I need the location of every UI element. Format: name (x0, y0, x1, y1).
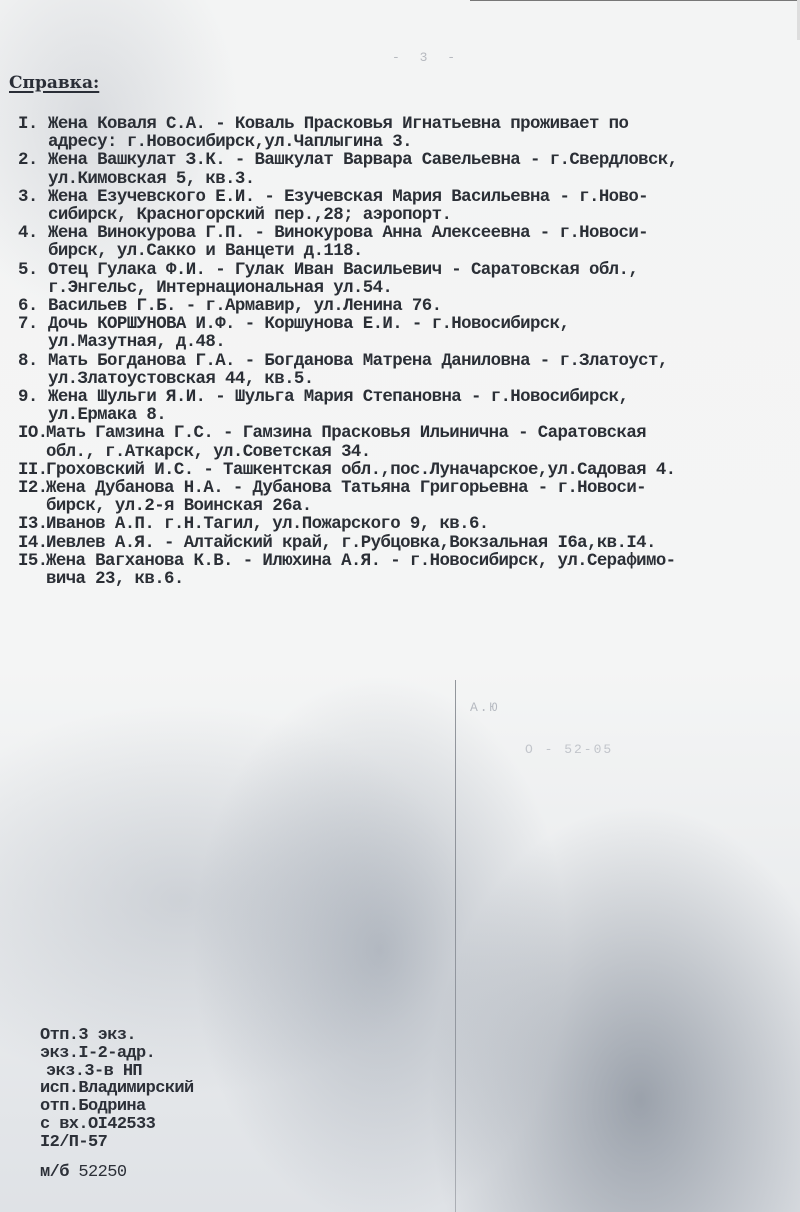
list-item: 9.Жена Шульги Я.И. - Шульга Мария Степан… (18, 389, 798, 425)
item-text-line: ул.Ермака 8. (48, 407, 798, 425)
item-number: 3. (18, 189, 48, 225)
registration-number: м/б 52250 (40, 1164, 194, 1182)
item-text-line: Гроховский И.С. - Ташкентская обл.,пос.Л… (46, 462, 798, 480)
item-text-line: Отец Гулака Ф.И. - Гулак Иван Васильевич… (48, 262, 798, 280)
list-item: I5.Жена Вагханова К.В. - Илюхина А.Я. - … (18, 553, 798, 589)
item-number: I5. (18, 553, 46, 589)
item-text-line: Жена Шульги Я.И. - Шульга Мария Степанов… (48, 389, 798, 407)
document-page: - 3 - Справка: I.Жена Коваля С.А. - Кова… (0, 0, 800, 1212)
document-title: Справка: (9, 73, 99, 93)
footer-line-incoming: с вх.OI42533 (40, 1116, 194, 1134)
list-item: II.Гроховский И.С. - Ташкентская обл.,по… (18, 462, 798, 480)
item-text-line: Мать Гамзина Г.С. - Гамзина Прасковья Ил… (46, 425, 798, 443)
item-text-line: Жена Езучевского Е.И. - Езучевская Мария… (48, 189, 798, 207)
list-item: IO.Мать Гамзина Г.С. - Гамзина Прасковья… (18, 425, 798, 461)
item-number: 2. (18, 152, 48, 188)
item-text-line: ул.Мазутная, д.48. (48, 334, 798, 352)
item-text-line: Дочь КОРШУНОВА И.Ф. - Коршунова Е.И. - г… (48, 316, 798, 334)
footer-line-copies: Отп.3 экз. (40, 1027, 194, 1045)
item-text-line: Иевлев А.Я. - Алтайский край, г.Рубцовка… (46, 535, 798, 553)
registration-value: 52250 (78, 1163, 126, 1182)
item-text-line: ул.Кимовская 5, кв.3. (48, 171, 798, 189)
item-text-line: бирск, ул.Сакко и Ванцети д.118. (48, 243, 798, 261)
item-text-line: ул.Златоустовская 44, кв.5. (48, 371, 798, 389)
item-text-line: г.Энгельс, Интернациональная ул.54. (48, 280, 798, 298)
list-item: 5.Отец Гулака Ф.И. - Гулак Иван Васильев… (18, 262, 798, 298)
item-text-line: Жена Дубанова Н.А. - Дубанова Татьяна Гр… (46, 480, 798, 498)
item-text-line: вича 23, кв.6. (46, 571, 798, 589)
item-number: 5. (18, 262, 48, 298)
page-number: - 3 - (392, 50, 461, 65)
item-text-line: Жена Вагханова К.В. - Илюхина А.Я. - г.Н… (46, 553, 798, 571)
item-text-line: Васильев Г.Б. - г.Армавир, ул.Ленина 76. (48, 298, 798, 316)
item-text-line: Жена Винокурова Г.П. - Винокурова Анна А… (48, 225, 798, 243)
item-text-line: адресу: г.Новосибирск,ул.Чаплыгина 3. (48, 134, 798, 152)
footer-line-typist: отп.Бодрина (40, 1098, 194, 1116)
footer-line-copy-3: экз.3-в НП (40, 1063, 194, 1081)
footer-line-executor: исп.Владимирский (40, 1080, 194, 1098)
item-number: I. (18, 116, 48, 152)
list-item: 3.Жена Езучевского Е.И. - Езучевская Мар… (18, 189, 798, 225)
item-text-line: Жена Вашкулат З.К. - Вашкулат Варвара Са… (48, 152, 798, 170)
item-number: I3. (18, 516, 46, 534)
list-item: 2.Жена Вашкулат З.К. - Вашкулат Варвара … (18, 152, 798, 188)
faint-stamp-number: О - 52-05 (525, 742, 613, 757)
item-number: 7. (18, 316, 48, 352)
item-number: I4. (18, 535, 46, 553)
item-number: II. (18, 462, 46, 480)
list-item: 4.Жена Винокурова Г.П. - Винокурова Анна… (18, 225, 798, 261)
footer-line-date: I2/П-57 (40, 1134, 194, 1152)
dispatch-notes: Отп.3 экз. экз.I-2-адр. экз.3-в НП исп.В… (40, 1027, 194, 1181)
item-number: 6. (18, 298, 48, 316)
list-item: I2.Жена Дубанова Н.А. - Дубанова Татьяна… (18, 480, 798, 516)
page-edge (470, 0, 800, 1)
list-item: I.Жена Коваля С.А. - Коваль Прасковья Иг… (18, 116, 798, 152)
registration-prefix: м/б (40, 1163, 69, 1182)
reference-list: I.Жена Коваля С.А. - Коваль Прасковья Иг… (18, 116, 798, 589)
item-text-line: Иванов А.П. г.Н.Тагил, ул.Пожарского 9, … (46, 516, 798, 534)
item-number: IO. (18, 425, 46, 461)
list-item: 8.Мать Богданова Г.А. - Богданова Матрен… (18, 353, 798, 389)
fold-line (455, 680, 456, 1212)
footer-line-copies-1-2: экз.I-2-адр. (40, 1045, 194, 1063)
faint-stamp: A.Ю (470, 700, 499, 715)
item-number: I2. (18, 480, 46, 516)
list-item: 7.Дочь КОРШУНОВА И.Ф. - Коршунова Е.И. -… (18, 316, 798, 352)
item-text-line: Жена Коваля С.А. - Коваль Прасковья Игна… (48, 116, 798, 134)
item-number: 8. (18, 353, 48, 389)
list-item: I3.Иванов А.П. г.Н.Тагил, ул.Пожарского … (18, 516, 798, 534)
item-number: 4. (18, 225, 48, 261)
item-number: 9. (18, 389, 48, 425)
item-text-line: сибирск, Красногорский пер.,28; аэропорт… (48, 207, 798, 225)
item-text-line: обл., г.Аткарск, ул.Советская 34. (46, 444, 798, 462)
item-text-line: Мать Богданова Г.А. - Богданова Матрена … (48, 353, 798, 371)
list-item: 6.Васильев Г.Б. - г.Армавир, ул.Ленина 7… (18, 298, 798, 316)
item-text-line: бирск, ул.2-я Воинская 26а. (46, 498, 798, 516)
list-item: I4.Иевлев А.Я. - Алтайский край, г.Рубцо… (18, 535, 798, 553)
